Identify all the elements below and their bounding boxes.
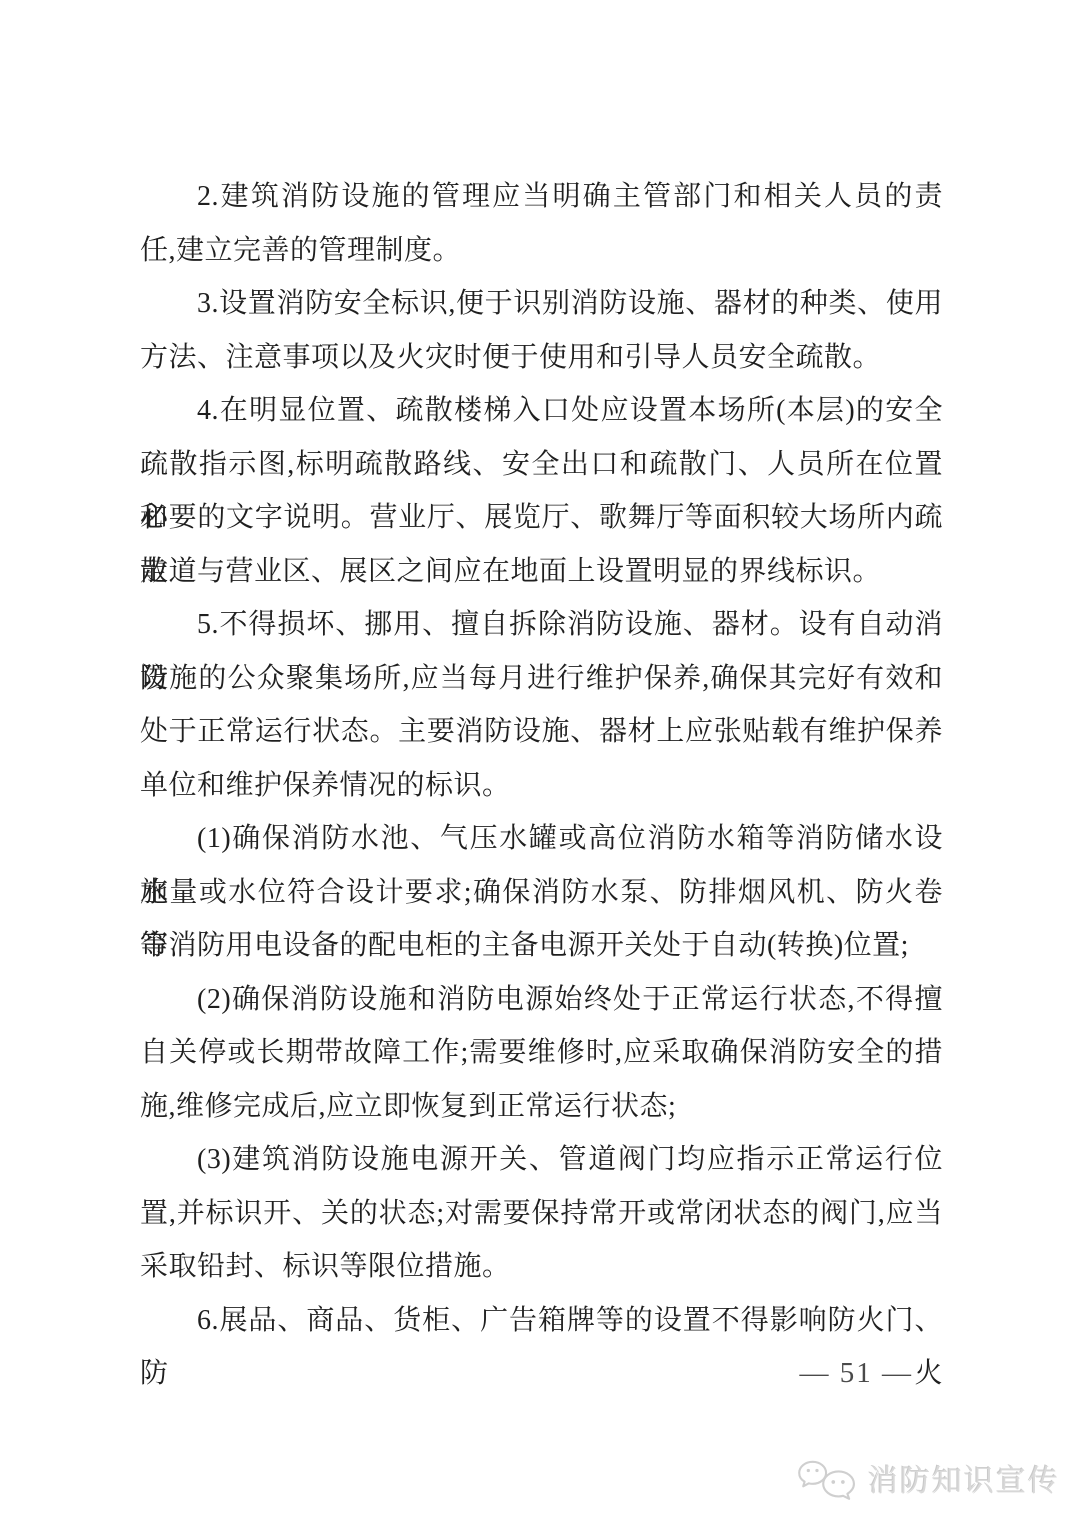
text-line: 自关停或长期带故障工作;需要维修时,应采取确保消防安全的措 — [140, 1026, 943, 1080]
text-line: 单位和维护保养情况的标识。 — [140, 759, 943, 813]
text-line: 设施的公众聚集场所,应当每月进行维护保养,确保其完好有效和 — [140, 652, 943, 706]
text-line: 采取铅封、标识等限位措施。 — [140, 1240, 943, 1294]
text-line: 等消防用电设备的配电柜的主备电源开关处于自动(转换)位置; — [140, 919, 943, 973]
text-line: 必要的文字说明。营业厅、展览厅、歌舞厅等面积较大场所内疏散 — [140, 491, 943, 545]
paragraph: (2)确保消防设施和消防电源始终处于正常运行状态,不得擅自关停或长期带故障工作;… — [140, 973, 943, 1134]
paragraph: 3.设置消防安全标识,便于识别消防设施、器材的种类、使用方法、注意事项以及火灾时… — [140, 277, 943, 384]
paragraph: (1)确保消防水池、气压水罐或高位消防水箱等消防储水设施水量或水位符合设计要求;… — [140, 812, 943, 973]
text-line: 任,建立完善的管理制度。 — [140, 224, 943, 278]
wechat-icon — [795, 1458, 861, 1506]
text-line: 施,维修完成后,应立即恢复到正常运行状态; — [140, 1080, 943, 1134]
text-line: (1)确保消防水池、气压水罐或高位消防水箱等消防储水设施 — [140, 812, 943, 866]
text-line: 4.在明显位置、疏散楼梯入口处应设置本场所(本层)的安全 — [140, 384, 943, 438]
page-number: — 51 — — [800, 1356, 914, 1390]
text-line: 6.展品、商品、货柜、广告箱牌等的设置不得影响防火门、防火 — [140, 1294, 943, 1348]
text-line: (3)建筑消防设施电源开关、管道阀门均应指示正常运行位 — [140, 1133, 943, 1187]
text-line: 走道与营业区、展区之间应在地面上设置明显的界线标识。 — [140, 545, 943, 599]
text-line: 水量或水位符合设计要求;确保消防水泵、防排烟风机、防火卷帘 — [140, 866, 943, 920]
document-body: 2.建筑消防设施的管理应当明确主管部门和相关人员的责任,建立完善的管理制度。3.… — [140, 170, 943, 1347]
paragraph: 6.展品、商品、货柜、广告箱牌等的设置不得影响防火门、防火 — [140, 1294, 943, 1348]
paragraph: 4.在明显位置、疏散楼梯入口处应设置本场所(本层)的安全疏散指示图,标明疏散路线… — [140, 384, 943, 598]
text-line: 5.不得损坏、挪用、擅自拆除消防设施、器材。设有自动消防 — [140, 598, 943, 652]
text-line: 处于正常运行状态。主要消防设施、器材上应张贴载有维护保养 — [140, 705, 943, 759]
text-line: 2.建筑消防设施的管理应当明确主管部门和相关人员的责 — [140, 170, 943, 224]
paragraph: (3)建筑消防设施电源开关、管道阀门均应指示正常运行位置,并标识开、关的状态;对… — [140, 1133, 943, 1294]
paragraph: 5.不得损坏、挪用、擅自拆除消防设施、器材。设有自动消防设施的公众聚集场所,应当… — [140, 598, 943, 812]
watermark: 消防知识宣传 — [795, 1458, 1060, 1506]
text-line: (2)确保消防设施和消防电源始终处于正常运行状态,不得擅 — [140, 973, 943, 1027]
watermark-text: 消防知识宣传 — [868, 1458, 1060, 1506]
text-line: 3.设置消防安全标识,便于识别消防设施、器材的种类、使用 — [140, 277, 943, 331]
document-page: 2.建筑消防设施的管理应当明确主管部门和相关人员的责任,建立完善的管理制度。3.… — [0, 0, 1080, 1527]
text-line: 置,并标识开、关的状态;对需要保持常开或常闭状态的阀门,应当 — [140, 1187, 943, 1241]
text-line: 方法、注意事项以及火灾时便于使用和引导人员安全疏散。 — [140, 331, 943, 385]
paragraph: 2.建筑消防设施的管理应当明确主管部门和相关人员的责任,建立完善的管理制度。 — [140, 170, 943, 277]
text-line: 疏散指示图,标明疏散路线、安全出口和疏散门、人员所在位置和 — [140, 438, 943, 492]
